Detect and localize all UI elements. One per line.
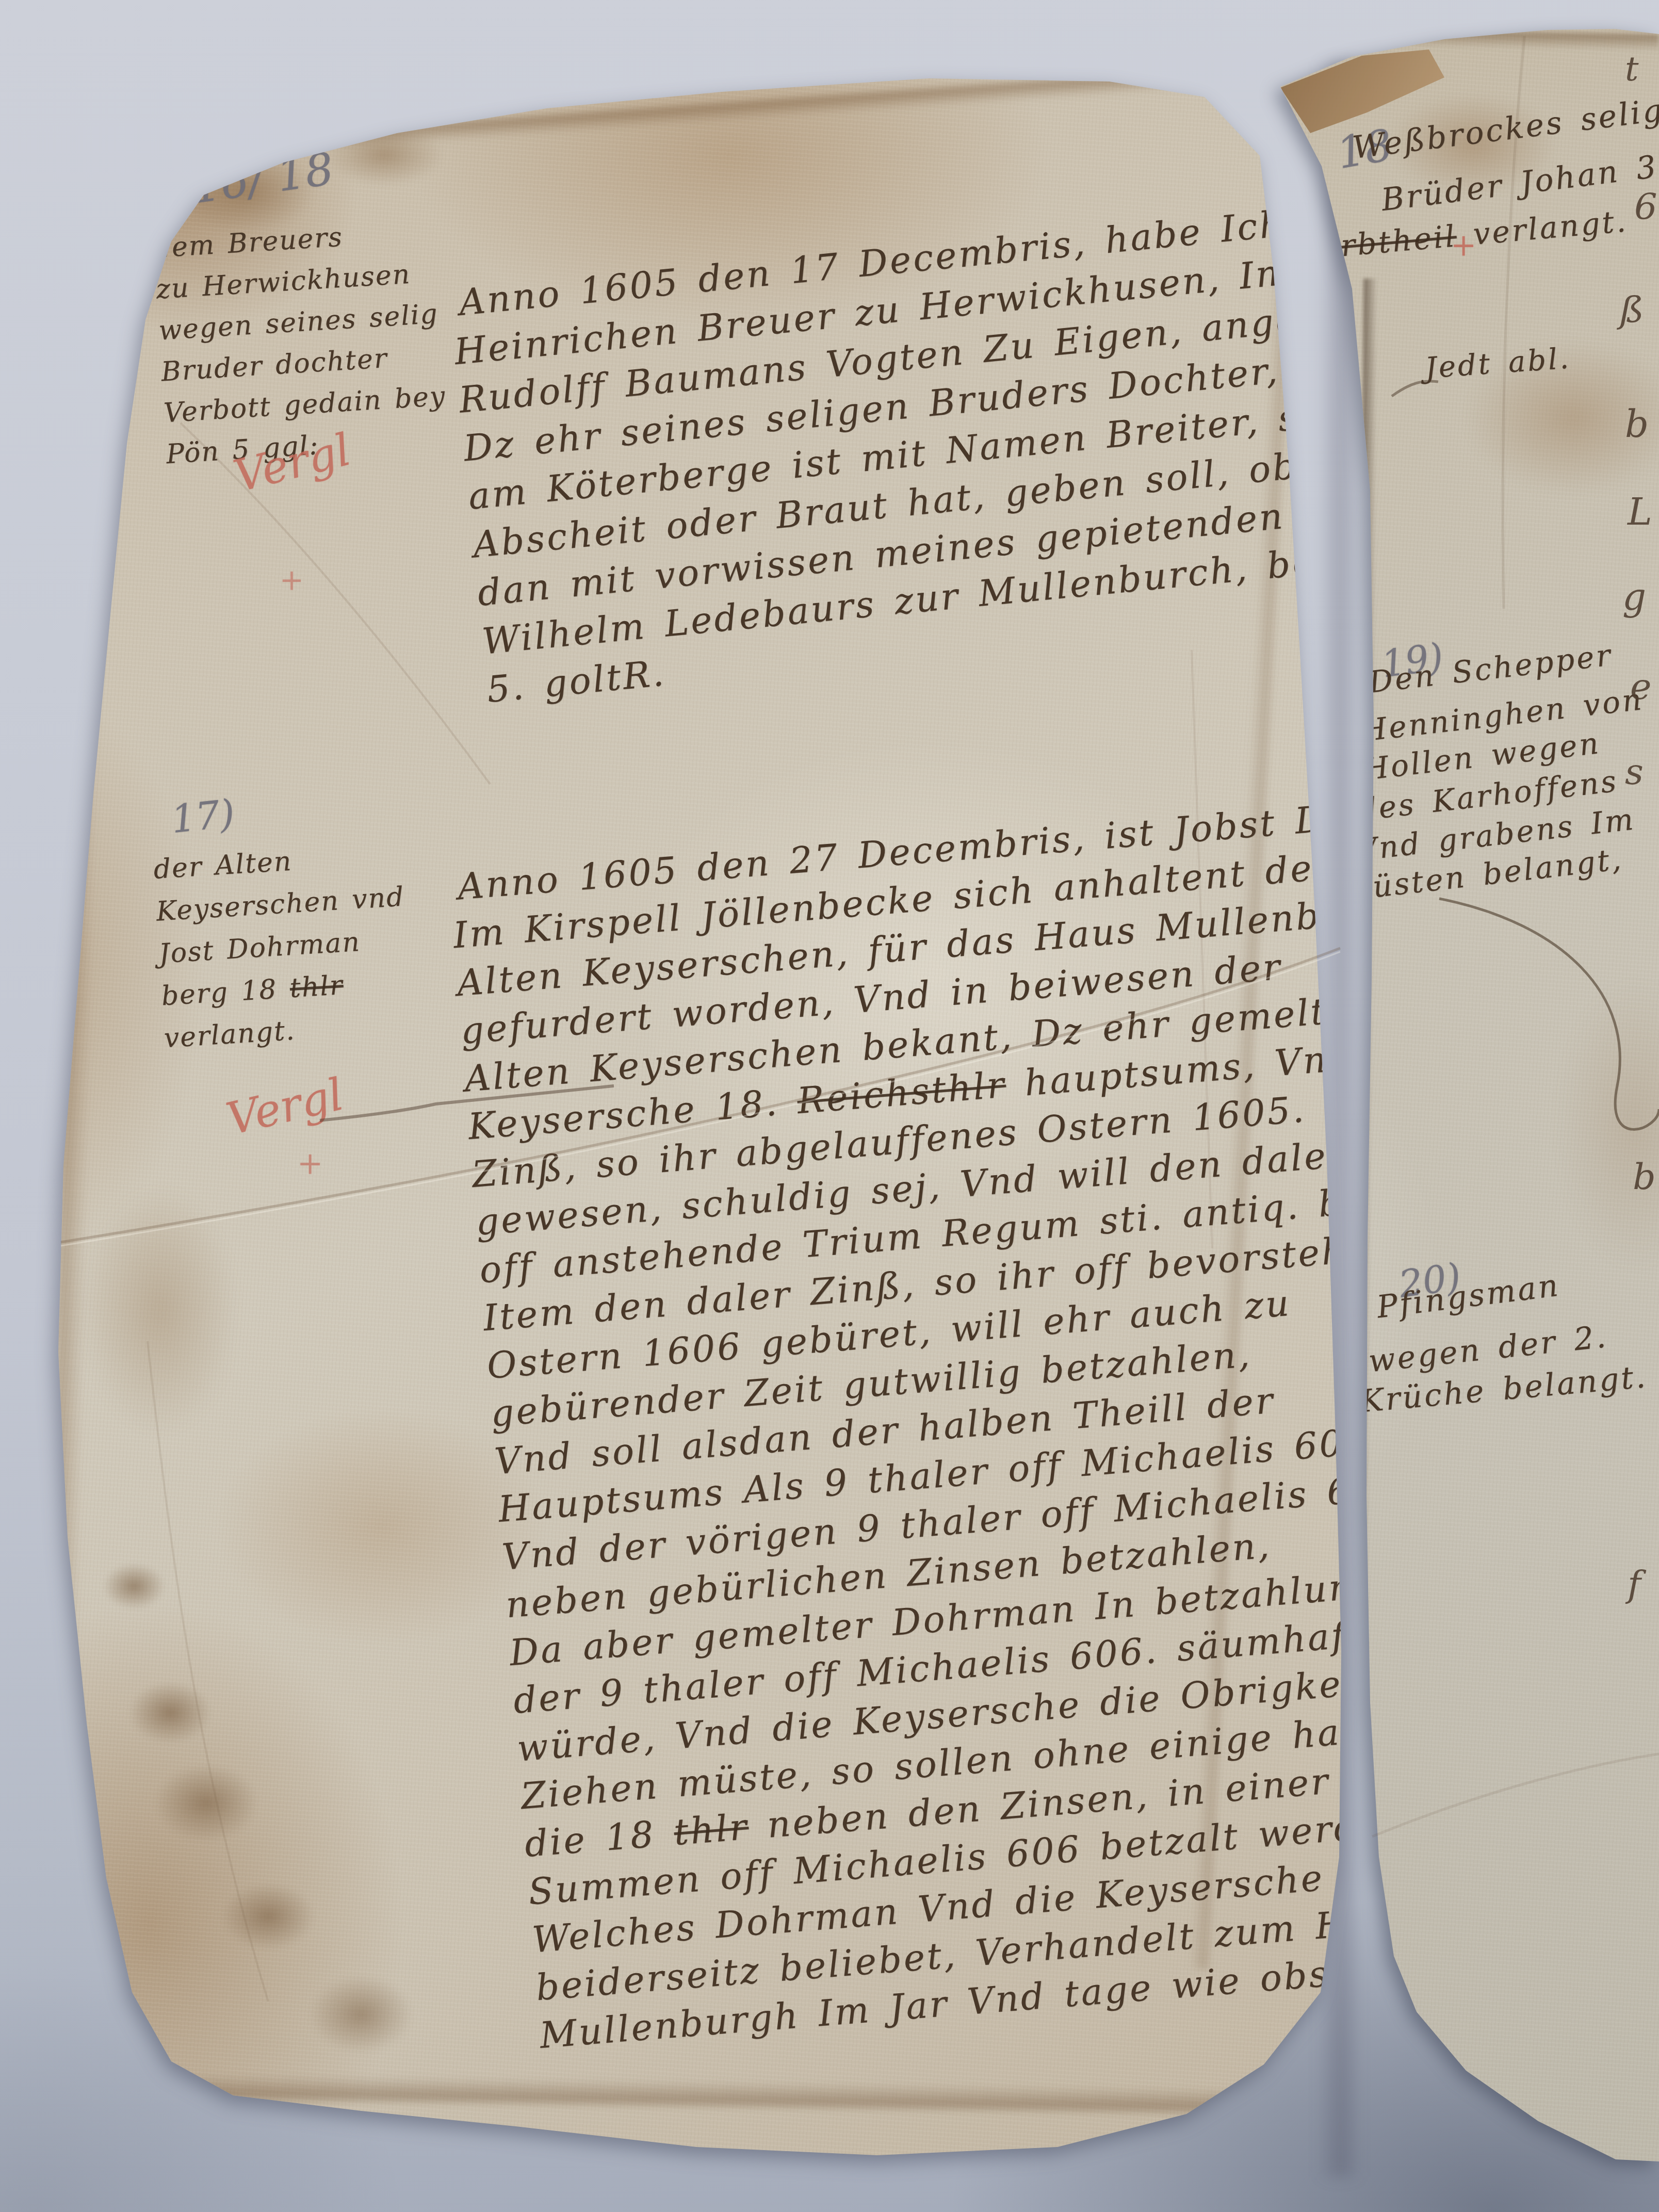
stain-spot bbox=[1558, 980, 1659, 1269]
cutoff-text-fragment: ß bbox=[1620, 289, 1644, 331]
cutoff-text-fragment: f bbox=[1628, 1563, 1641, 1605]
paper-texture bbox=[0, 0, 1659, 2212]
cutoff-text-fragment: b bbox=[1633, 1156, 1656, 1198]
cutoff-text-fragment: g bbox=[1622, 575, 1646, 619]
cutoff-text-fragment: 6 bbox=[1634, 186, 1657, 228]
cutoff-text-fragment: s bbox=[1625, 751, 1644, 793]
right-manuscript-page: 18 Weßbrockes selig Brüder Johan 36 erbt… bbox=[0, 0, 1659, 2212]
cutoff-text-fragment: b bbox=[1625, 402, 1649, 446]
cutoff-text-fragment: L bbox=[1628, 490, 1652, 533]
cutoff-text-fragment: e bbox=[1630, 665, 1651, 708]
manuscript-photo: 16/ 18 dem Breuers zu Herwickhusen wegen… bbox=[0, 0, 1659, 2212]
right-page-wrap: 18 Weßbrockes selig Brüder Johan 36 erbt… bbox=[0, 0, 1659, 2212]
cutoff-text-fragment: t bbox=[1625, 49, 1639, 89]
red-chalk-cross: + bbox=[1451, 227, 1476, 263]
